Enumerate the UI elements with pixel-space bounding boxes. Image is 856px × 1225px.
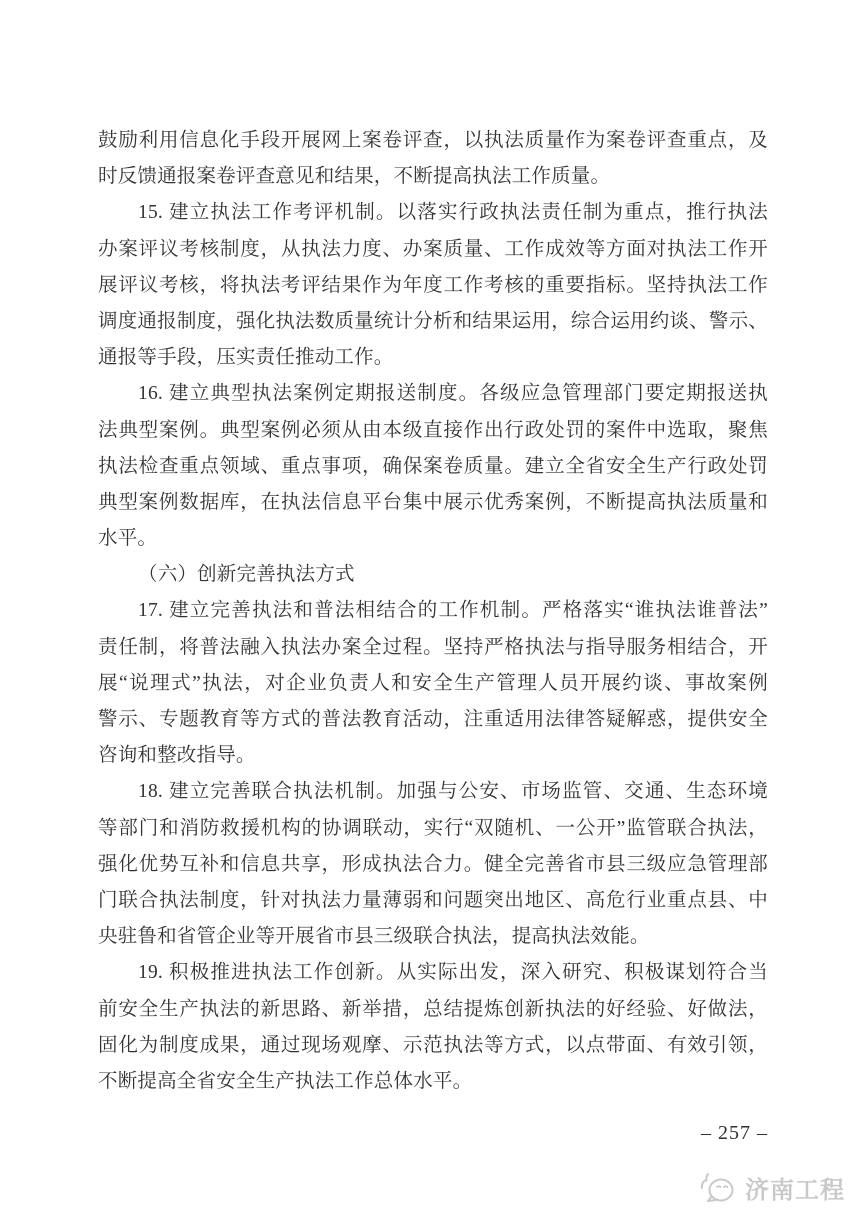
text-line: 17. 建立完善执法和普法相结合的工作机制。严格落实“谁执法谁普法”	[98, 593, 768, 629]
text-line: 15. 建立执法工作考评机制。以落实行政执法责任制为重点，推行执法	[98, 195, 768, 231]
text-line: 不断提高全省安全生产执法工作总体水平。	[98, 1064, 768, 1100]
text-line: 固化为制度成果，通过现场观摩、示范执法等方式，以点带面、有效引领，	[98, 1028, 768, 1064]
text-line: 执法检查重点领域、重点事项，确保案卷质量。建立全省安全生产行政处罚	[98, 449, 768, 485]
watermark-label: 济南工程	[745, 1170, 845, 1205]
text-line: 鼓励利用信息化手段开展网上案卷评查，以执法质量作为案卷评查重点，及	[98, 123, 768, 159]
text-line: 通报等手段，压实责任推动工作。	[98, 340, 768, 376]
text-line: 16. 建立典型执法案例定期报送制度。各级应急管理部门要定期报送执	[98, 376, 768, 412]
text-line: 等部门和消防救援机构的协调联动，实行“双随机、一公开”监管联合执法，	[98, 811, 768, 847]
body-text: 鼓励利用信息化手段开展网上案卷评查，以执法质量作为案卷评查重点，及时反馈通报案卷…	[98, 123, 768, 1100]
text-line: 央驻鲁和省管企业等开展省市县三级联合执法，提高执法效能。	[98, 919, 768, 955]
watermark: 济南工程	[698, 1170, 845, 1205]
document-page: 鼓励利用信息化手段开展网上案卷评查，以执法质量作为案卷评查重点，及时反馈通报案卷…	[0, 0, 856, 1225]
text-line: 展评议考核，将执法考评结果作为年度工作考核的重要指标。坚持执法工作	[98, 268, 768, 304]
text-line: 展“说理式”执法，对企业负责人和安全生产管理人员开展约谈、事故案例	[98, 666, 768, 702]
text-line: 前安全生产执法的新思路、新举措，总结提炼创新执法的好经验、好做法，	[98, 992, 768, 1028]
text-line: 门联合执法制度，针对执法力量薄弱和问题突出地区、高危行业重点县、中	[98, 883, 768, 919]
text-line: 时反馈通报案卷评查意见和结果，不断提高执法工作质量。	[98, 159, 768, 195]
megaphone-icon	[698, 1171, 738, 1205]
text-line: 典型案例数据库，在执法信息平台集中展示优秀案例，不断提高执法质量和	[98, 485, 768, 521]
text-line: 咨询和整改指导。	[98, 738, 768, 774]
text-line: 18. 建立完善联合执法机制。加强与公安、市场监管、交通、生态环境	[98, 774, 768, 810]
text-line: 责任制，将普法融入执法办案全过程。坚持严格执法与指导服务相结合，开	[98, 630, 768, 666]
text-line: 强化优势互补和信息共享，形成执法合力。健全完善省市县三级应急管理部	[98, 847, 768, 883]
text-line: （六）创新完善执法方式	[98, 557, 768, 593]
text-line: 水平。	[98, 521, 768, 557]
text-line: 调度通报制度，强化执法数质量统计分析和结果运用，综合运用约谈、警示、	[98, 304, 768, 340]
text-line: 办案评议考核制度，从执法力度、办案质量、工作成效等方面对执法工作开	[98, 232, 768, 268]
text-line: 19. 积极推进执法工作创新。从实际出发，深入研究、积极谋划符合当	[98, 955, 768, 991]
text-line: 法典型案例。典型案例必须从由本级直接作出行政处罚的案件中选取，聚焦	[98, 413, 768, 449]
text-line: 警示、专题教育等方式的普法教育活动，注重适用法律答疑解惑，提供安全	[98, 702, 768, 738]
page-number: – 257 –	[98, 1122, 768, 1145]
